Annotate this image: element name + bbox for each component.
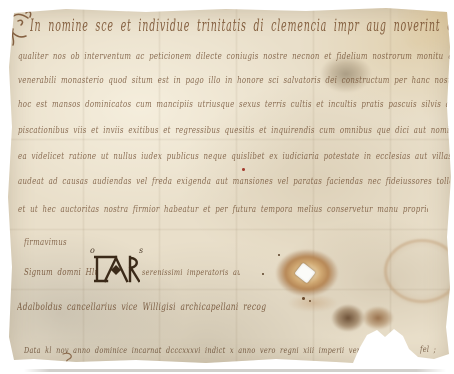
fold-crease-horizontal [6,288,452,291]
signature-line-suffix: serenissimi imperatoris augusti: [142,267,240,279]
ink-speck [278,254,280,256]
charter-text-line: venerabili monasterio quod situm est in … [18,75,450,87]
charter-text-line: piscationibus viis et inviis exitibus et… [18,125,451,137]
charter-text-line: ea videlicet ratione ut nullus iudex pub… [18,151,450,163]
monogram-letter-s: s [139,246,143,255]
manuscript-photo: In nomine sce et individue trinitatis di… [0,0,454,374]
dark-stain-left [331,304,365,332]
charter-invocation-line: In nomine sce et individue trinitatis di… [30,17,450,38]
red-fleck [242,168,245,171]
charter-text-line: audeat ad causas audiendas vel freda exi… [18,176,450,188]
seal-ring-stain [384,239,454,303]
dark-stain-right [362,306,394,330]
ink-speck [302,297,305,300]
ink-speck [262,273,264,275]
recognition-line: Adalboldus cancellarius vice Willigisi a… [17,301,266,313]
stray-pen-flourish [61,351,77,367]
signature-line-prefix: Signum domni Hludowici [24,267,98,279]
charter-text-line: qualiter nos ob interventum ac peticione… [18,51,450,63]
parchment-charter: In nomine sce et individue trinitatis di… [6,7,452,367]
date-line-end: fel ; [420,344,452,356]
ink-speck [309,300,311,302]
charter-text-line-short: firmavimus [24,237,72,249]
charter-text-line: hoc est mansos dominicatos cum mancipiis… [18,99,451,111]
photo-edge-shadow [24,369,446,372]
fold-crease-horizontal [6,228,452,231]
charter-text-line: et ut hec auctoritas nostra firmior habe… [18,204,428,216]
royal-monogram-icon [94,254,140,284]
fold-crease-horizontal [6,138,452,141]
chrismon-icon [6,9,32,49]
